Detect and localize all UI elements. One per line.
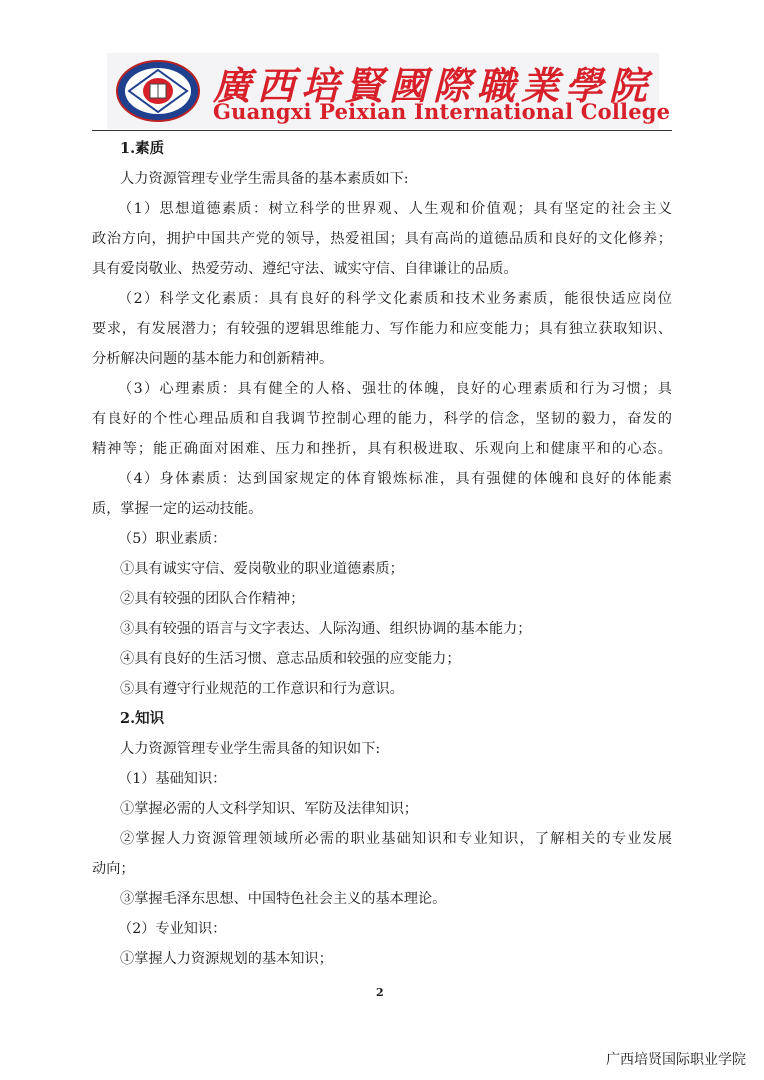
paragraph-line: 分析解决问题的基本能力和创新精神。 (92, 344, 672, 374)
brand-name-english: Guangxi Peixian International College (213, 99, 670, 124)
paragraph-line: （2）专业知识： (92, 914, 672, 944)
page-number: 2 (376, 986, 384, 999)
paragraph-line: （1）思想道德素质：树立科学的世界观、人生观和价值观；具有坚定的社会主义 (92, 194, 672, 224)
paragraph-line: 质，掌握一定的运动技能。 (92, 494, 672, 524)
paragraph-line: 动向； (92, 854, 672, 884)
paragraph-line: 政治方向，拥护中国共产党的领导，热爱祖国；具有高尚的道德品质和良好的文化修养； (92, 224, 672, 254)
list-item: ④具有良好的生活习惯、意志品质和较强的应变能力； (92, 644, 672, 674)
list-item: ①具有诚实守信、爱岗敬业的职业道德素质； (92, 554, 672, 584)
paragraph-line: （4）身体素质：达到国家规定的体育锻炼标准，具有强健的体魄和良好的体能素 (92, 464, 672, 494)
list-item: ②掌握人力资源管理领域所必需的职业基础知识和专业知识，了解相关的专业发展 (92, 824, 672, 854)
section-intro: 人力资源管理专业学生需具备的基本素质如下: (92, 164, 672, 194)
paragraph-line: 精神等；能正确面对困难、压力和挫折，具有积极进取、乐观向上和健康平和的心态。 (92, 434, 672, 464)
paragraph-line: （1）基础知识： (92, 764, 672, 794)
document-body: 1.素质 人力资源管理专业学生需具备的基本素质如下: （1）思想道德素质：树立科… (92, 134, 672, 974)
section-intro: 人力资源管理专业学生需具备的知识如下: (92, 734, 672, 764)
section-heading: 2.知识 (92, 704, 672, 734)
paragraph-line: （2）科学文化素质：具有良好的科学文化素质和技术业务素质，能很快适应岗位 (92, 284, 672, 314)
list-item: ⑤具有遵守行业规范的工作意识和行为意识。 (92, 674, 672, 704)
paragraph-line: 要求，有发展潜力；有较强的逻辑思维能力、写作能力和应变能力；具有独立获取知识、 (92, 314, 672, 344)
paragraph-line: （5）职业素质： (92, 524, 672, 554)
paragraph-line: 有良好的个性心理品质和自我调节控制心理的能力，科学的信念，坚韧的毅力，奋发的 (92, 404, 672, 434)
list-item: ③掌握毛泽东思想、中国特色社会主义的基本理论。 (92, 884, 672, 914)
list-item: ③具有较强的语言与文字表达、人际沟通、组织协调的基本能力； (92, 614, 672, 644)
list-item: ②具有较强的团队合作精神； (92, 584, 672, 614)
footer-college-name: 广西培贤国际职业学院 (606, 1049, 746, 1069)
paragraph-line: 具有爱岗敬业、热爱劳动、遵纪守法、诚实守信、自律谦让的品质。 (92, 254, 672, 284)
paragraph-line: （3）心理素质：具有健全的人格、强壮的体魄，良好的心理素质和行为习惯；具 (92, 374, 672, 404)
college-emblem-icon (115, 59, 201, 123)
header-rule (92, 130, 672, 131)
section-heading: 1.素质 (92, 134, 672, 164)
list-item: ①掌握人力资源规划的基本知识； (92, 944, 672, 974)
college-banner: 廣西培賢國際職業學院 Guangxi Peixian International… (107, 53, 659, 129)
list-item: ①掌握必需的人文科学知识、军防及法律知识； (92, 794, 672, 824)
